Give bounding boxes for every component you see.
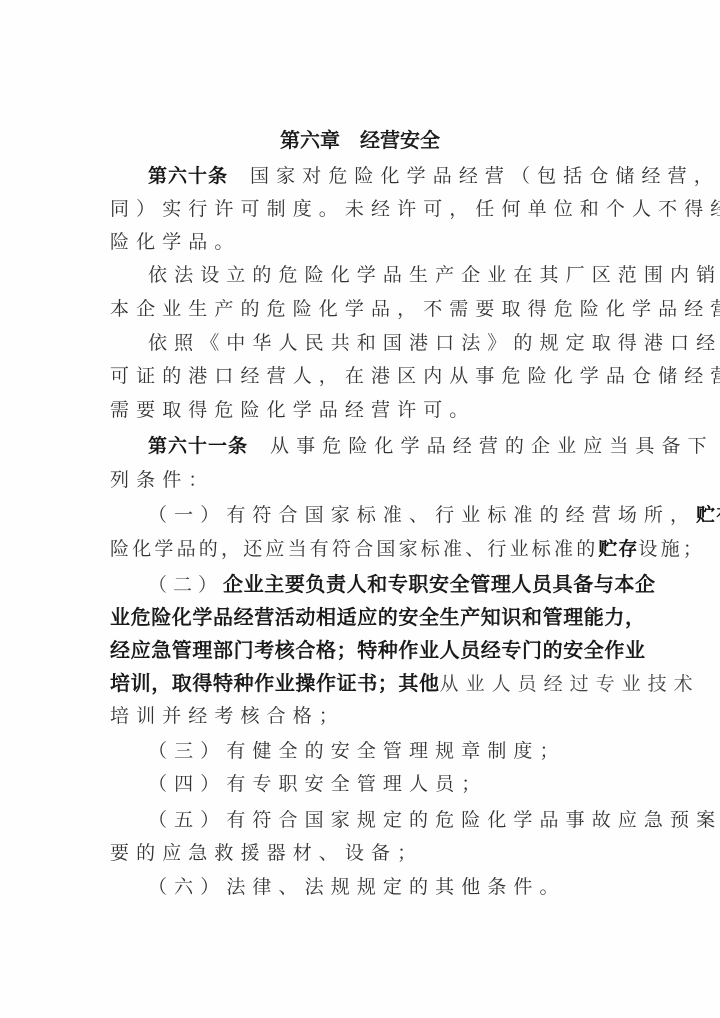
article-60-para-2-line-2: 本企业生产的危险化学品，不需要取得危险化学品经营许可。 [110, 294, 630, 324]
condition-5-line-2: 要的应急救援器材、设备； [110, 838, 630, 868]
condition-1-line-1: （一）有符合国家标准、行业标准的经营场所，贮存危 [148, 500, 668, 530]
article-60-line-2: 同）实行许可制度。未经许可，任何单位和个人不得经营危 [110, 194, 630, 224]
condition-2-line-1: （二）企业主要负责人和专职安全管理人员具备与本企 [148, 569, 668, 599]
condition-3-line-1: （三）有健全的安全管理规章制度； [148, 736, 668, 766]
article-61-text: 从事危险化学品经营的企业应当具备下 [270, 435, 714, 457]
article-60-label: 第六十条 [148, 165, 228, 187]
article-61-line-1: 第六十一条从事危险化学品经营的企业应当具备下 [148, 431, 668, 461]
article-60-text: 国家对危险化学品经营（包括仓储经营，下 [250, 165, 720, 187]
chapter-title: 第六章 经营安全 [0, 126, 720, 154]
condition-2-number: （二） [148, 574, 223, 596]
condition-2-line-2: 业危险化学品经营活动相适应的安全生产知识和管理能力， [110, 602, 630, 632]
article-60-para-2-line-1: 依法设立的危险化学品生产企业在其厂区范围内销售 [148, 260, 668, 290]
condition-5-line-1: （五）有符合国家规定的危险化学品事故应急预案和必 [148, 805, 668, 835]
article-60-line-1: 第六十条国家对危险化学品经营（包括仓储经营，下 [148, 161, 668, 191]
condition-6-line-1: （六）法律、法规规定的其他条件。 [148, 872, 668, 902]
emphasis-storage: 贮存 [696, 504, 720, 526]
condition-2-line-3: 经应急管理部门考核合格；特种作业人员经专门的安全作业 [110, 635, 630, 665]
article-61-line-2: 列条件： [110, 465, 630, 495]
document-page: 第六章 经营安全 第六十条国家对危险化学品经营（包括仓储经营，下 同）实行许可制… [0, 0, 720, 1018]
emphasis-storage: 贮存 [598, 538, 638, 560]
article-60-para-3-line-3: 需要取得危险化学品经营许可。 [110, 395, 630, 425]
article-60-para-3-line-2: 可证的港口经营人，在港区内从事危险化学品仓储经营，不 [110, 361, 630, 391]
article-60-para-3-line-1: 依照《中华人民共和国港口法》的规定取得港口经营许 [148, 328, 668, 358]
condition-4-line-1: （四）有专职安全管理人员； [148, 769, 668, 799]
condition-5-number: （五） [148, 809, 226, 831]
article-61-label: 第六十一条 [148, 435, 248, 457]
condition-6-number: （六） [148, 876, 226, 898]
condition-2-line-4: 培训，取得特种作业操作证书；其他从业人员经过专业技术 [110, 668, 630, 698]
article-60-line-3: 险化学品。 [110, 227, 630, 257]
condition-2-line-5: 培训并经考核合格； [110, 701, 630, 731]
condition-3-number: （三） [148, 740, 226, 762]
condition-1-line-2: 险化学品的，还应当有符合国家标准、行业标准的贮存设施； [110, 534, 630, 564]
condition-4-number: （四） [148, 773, 226, 795]
condition-1-number: （一） [148, 504, 226, 526]
